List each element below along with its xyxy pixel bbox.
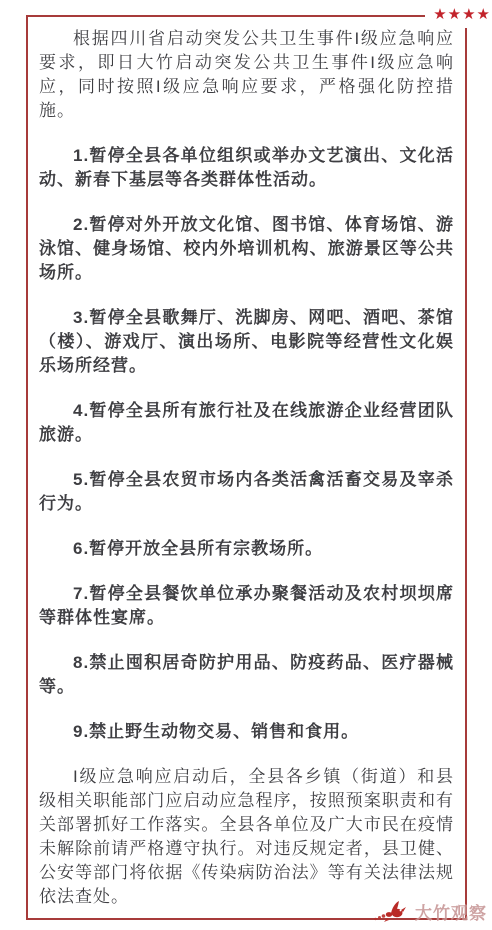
measure-item-5: 5.暂停全县农贸市场内各类活禽活畜交易及宰杀行为。: [39, 468, 454, 516]
measure-item-3: 3.暂停全县歌舞厅、洗脚房、网吧、酒吧、茶馆（楼）、游戏厅、演出场所、电影院等经…: [39, 306, 454, 378]
measure-item-7: 7.暂停全县餐饮单位承办聚餐活动及农村坝坝席等群体性宴席。: [39, 582, 454, 630]
measure-item-6: 6.暂停开放全县所有宗教场所。: [39, 537, 454, 561]
watermark: 大竹观察: [373, 897, 487, 925]
bird-logo-icon: [373, 897, 413, 925]
announcement-page: ★★★★ 根据四川省启动突发公共卫生事件I级应急响应要求，即日大竹启动突发公共卫…: [0, 0, 492, 930]
intro-paragraph: 根据四川省启动突发公共卫生事件I级应急响应要求，即日大竹启动突发公共卫生事件I级…: [39, 27, 454, 123]
stars-corner: ★★★★: [425, 0, 492, 28]
four-stars-icon: ★★★★: [433, 7, 491, 22]
measure-item-4: 4.暂停全县所有旅行社及在线旅游企业经营团队旅游。: [39, 399, 454, 447]
watermark-text: 大竹观察: [415, 899, 487, 924]
announcement-content: 根据四川省启动突发公共卫生事件I级应急响应要求，即日大竹启动突发公共卫生事件I级…: [39, 27, 454, 907]
closing-paragraph: I级应急响应启动后，全县各乡镇（街道）和县级相关职能部门应启动应急程序，按照预案…: [39, 765, 454, 907]
measure-item-9: 9.禁止野生动物交易、销售和食用。: [39, 720, 454, 744]
measure-item-1: 1.暂停全县各单位组织或举办文艺演出、文化活动、新春下基层等各类群体性活动。: [39, 144, 454, 192]
measure-item-8: 8.禁止囤积居奇防护用品、防疫药品、医疗器械等。: [39, 651, 454, 699]
measure-item-2: 2.暂停对外开放文化馆、图书馆、体育场馆、游泳馆、健身场馆、校内外培训机构、旅游…: [39, 213, 454, 285]
